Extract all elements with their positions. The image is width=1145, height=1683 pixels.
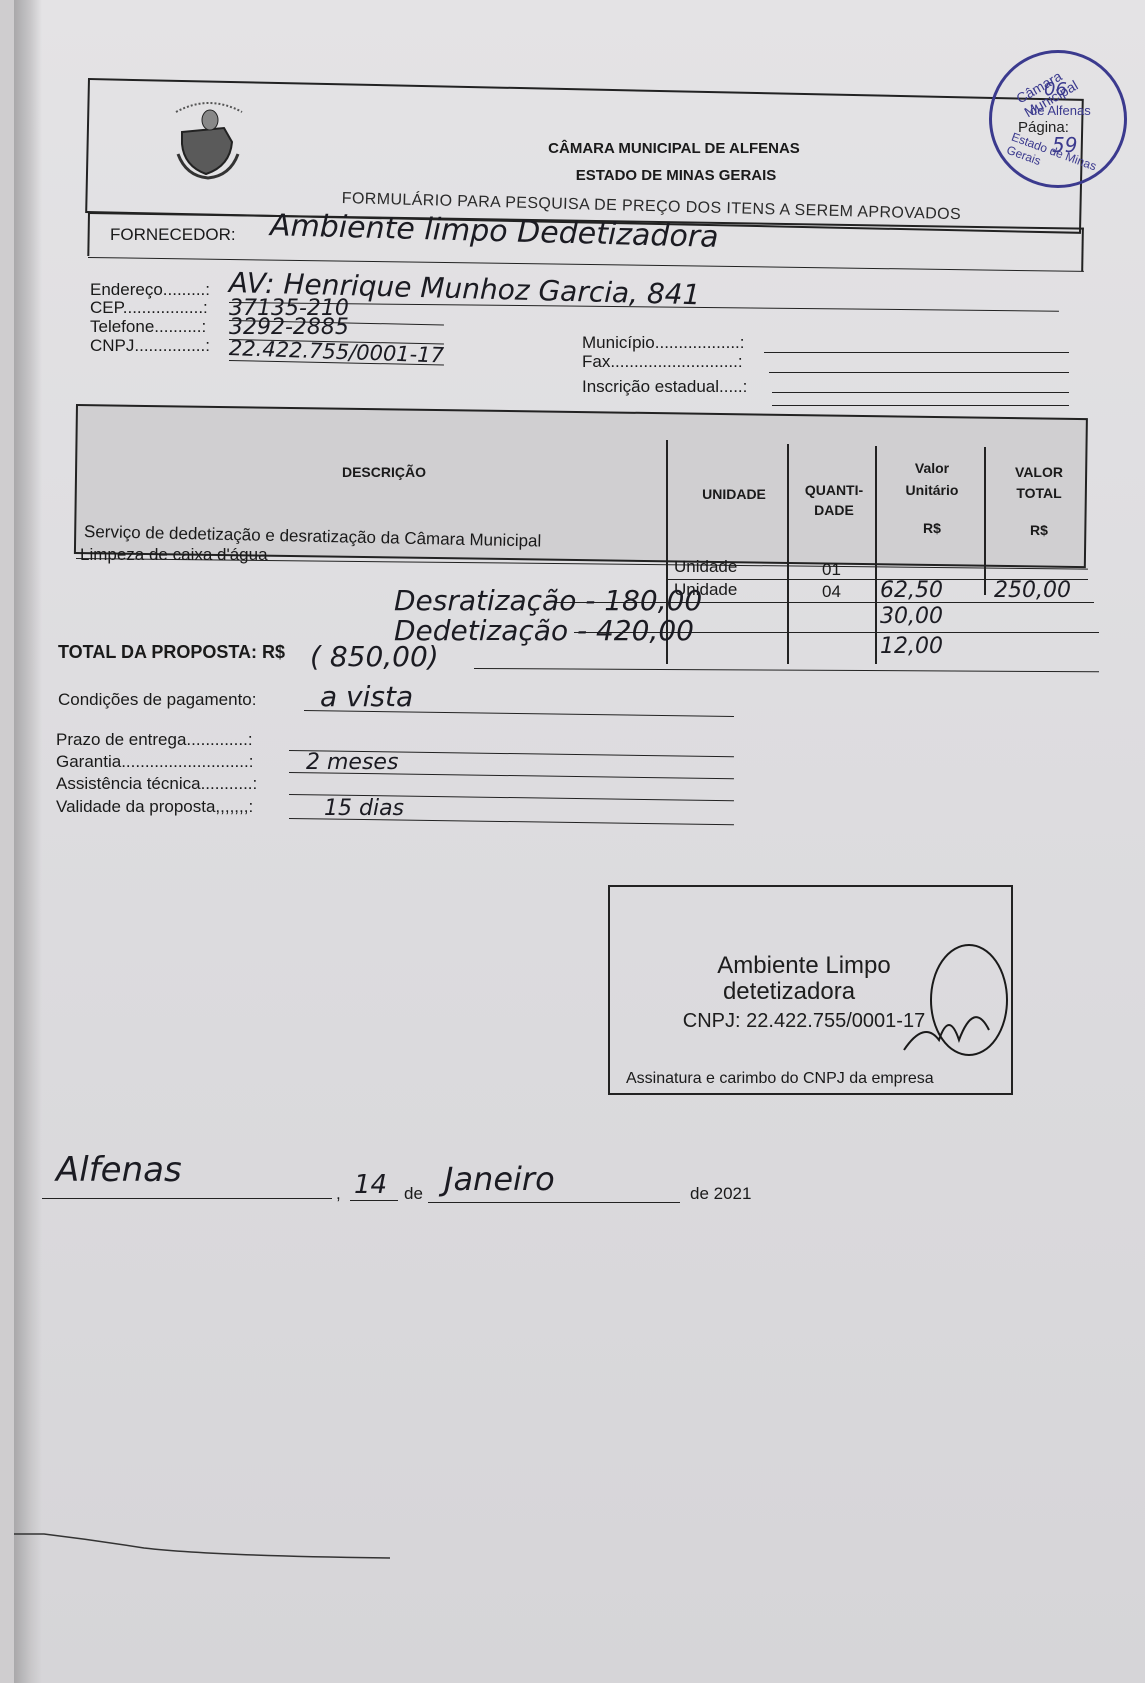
date-city: Alfenas: [56, 1150, 182, 1190]
date-comma: ,: [336, 1184, 341, 1204]
cep-label: CEP.................:: [90, 298, 208, 318]
row-1-unidade: Unidade: [674, 557, 737, 577]
date-year: de 2021: [690, 1184, 751, 1204]
total-value: ( 850,00): [310, 640, 439, 673]
fax-label: Fax...........................:: [582, 352, 743, 372]
date-month: Janeiro: [444, 1160, 555, 1198]
delivery-label: Prazo de entrega.............:: [56, 730, 253, 750]
row-4-descricao: Dedetização - 420,00: [394, 614, 694, 647]
col-divider: [984, 447, 986, 595]
municipio-label: Município..................:: [582, 333, 745, 353]
warranty-value: 2 meses: [306, 750, 398, 775]
payment-value: a vista: [320, 680, 413, 713]
municipio-line: [764, 352, 1069, 353]
validity-underline: [289, 818, 734, 825]
page-edge-shadow: [14, 0, 42, 1683]
row-1-quantidade: 01: [822, 560, 841, 580]
th-valor-total-1: VALOR: [989, 464, 1089, 480]
inscricao-label: Inscrição estadual.....:: [582, 377, 747, 397]
th-valor-total-2: TOTAL: [989, 485, 1089, 501]
th-valor-total-3: R$: [989, 522, 1089, 538]
warranty-label: Garantia...........................:: [56, 752, 253, 772]
telefone-label: Telefone..........:: [90, 317, 206, 337]
state-name: ESTADO DE MINAS GERAIS: [326, 167, 1026, 184]
warranty-underline: [289, 772, 734, 779]
row-2-valor-total: 250,00: [994, 578, 1071, 603]
assistance-label: Assistência técnica...........:: [56, 774, 257, 794]
th-valor-unit-1: Valor: [880, 460, 984, 476]
th-valor-unit-3: R$: [880, 520, 984, 536]
fax-line: [769, 372, 1069, 373]
signature-caption: Assinatura e carimbo do CNPJ da empresa: [626, 1070, 934, 1088]
total-underline: [474, 668, 1099, 672]
month-line: [428, 1202, 680, 1203]
validity-label: Validade da proposta,,,,,,,:: [56, 797, 253, 817]
col-divider: [787, 444, 789, 664]
th-descricao: DESCRIÇÃO: [254, 464, 514, 480]
day-line: [350, 1200, 398, 1201]
row-3-valor-unitario: 30,00: [880, 604, 943, 629]
page-number-stamp: Câmara Municipal 06 de Alfenas Página: 5…: [989, 50, 1127, 188]
inscricao-line: [772, 392, 1069, 393]
th-quantidade-2: DADE: [794, 502, 874, 518]
cnpj-label: CNPJ...............:: [90, 336, 210, 356]
th-valor-unit-2: Unitário: [880, 482, 984, 498]
row-3-descricao: Desratização - 180,00: [394, 584, 702, 617]
date-de: de: [404, 1184, 423, 1204]
company-stamp-line2: detetizadora: [654, 978, 924, 1006]
municipal-coat-of-arms-icon: [164, 92, 254, 182]
signature-scribble-icon: [894, 940, 1014, 1080]
date-day: 14: [354, 1170, 387, 1200]
paper-fold-line: [14, 1530, 394, 1560]
city-line: [42, 1198, 332, 1199]
stamp-number: 06: [1044, 79, 1067, 100]
address-label: Endereço.........:: [90, 280, 210, 300]
row-2-quantidade: 04: [822, 582, 841, 602]
row-2-descricao: Limpeza de caixa d'água: [80, 545, 268, 565]
payment-label: Condições de pagamento:: [58, 690, 256, 710]
row-4-valor-unitario: 12,00: [880, 634, 943, 659]
total-label: TOTAL DA PROPOSTA: R$: [58, 642, 285, 663]
stamp-city: de Alfenas: [1030, 103, 1091, 118]
supplier-label: FORNECEDOR:: [110, 225, 236, 245]
inscricao-line-2: [772, 405, 1069, 406]
payment-underline: [304, 710, 734, 717]
validity-value: 15 dias: [324, 796, 404, 821]
document-page: CÂMARA MUNICIPAL DE ALFENAS ESTADO DE MI…: [14, 0, 1145, 1683]
institution-name: CÂMARA MUNICIPAL DE ALFENAS: [324, 140, 1024, 157]
th-unidade: UNIDADE: [674, 486, 794, 502]
th-quantidade-1: QUANTI-: [794, 482, 874, 498]
row-2-valor-unitario: 62,50: [880, 578, 943, 603]
